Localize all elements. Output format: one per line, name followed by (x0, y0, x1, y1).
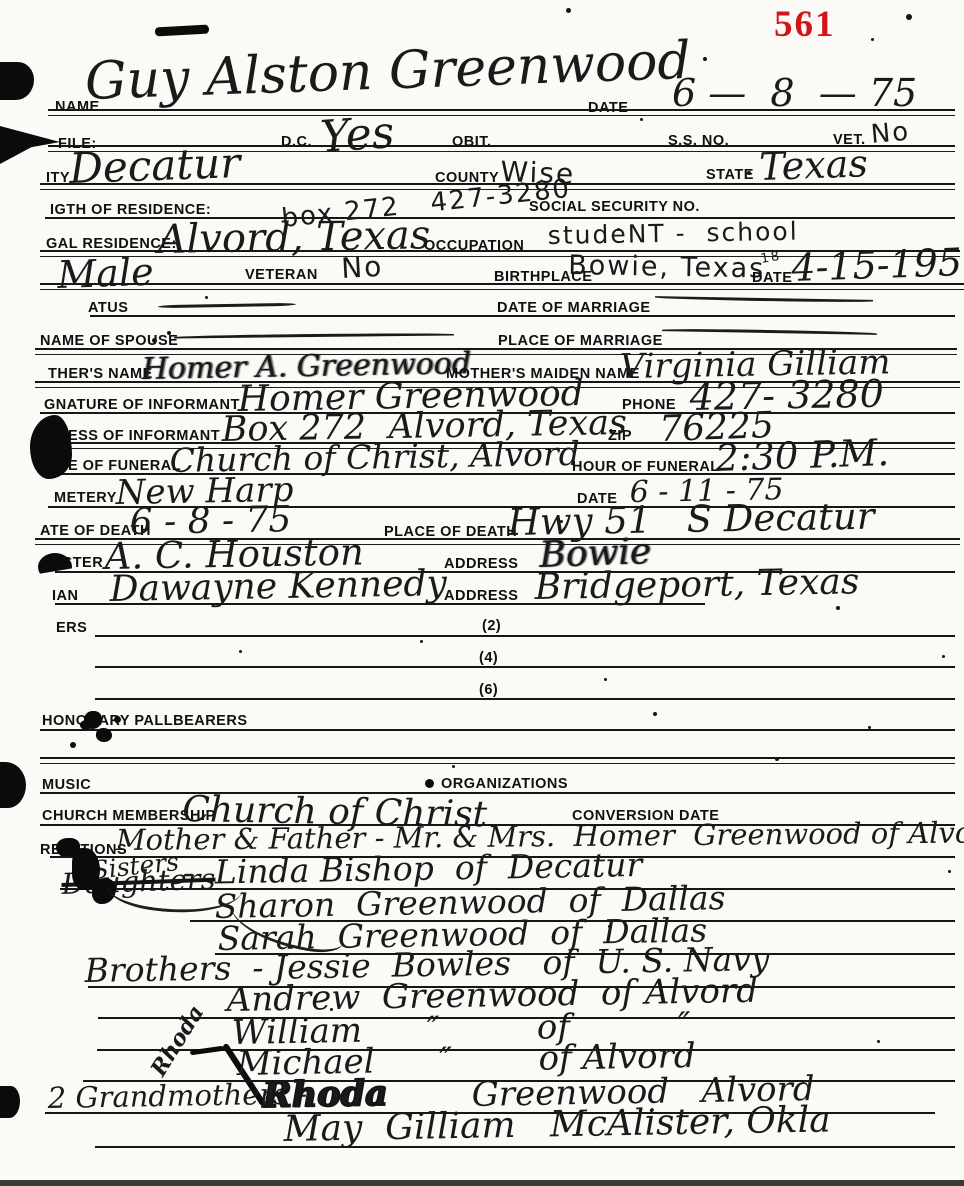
form-line (95, 1146, 955, 1148)
scan-speck (608, 925, 611, 928)
blank-dash-mark (158, 303, 296, 309)
birthdate-value: 4-15-1957 (791, 242, 964, 287)
scan-bottom-edge (0, 1180, 964, 1186)
form-line (95, 698, 955, 700)
cemetery-label: METERY (54, 490, 117, 506)
form-line (95, 635, 955, 637)
dc-value: Yes (319, 111, 396, 160)
scan-speck (906, 14, 912, 20)
form-line (40, 283, 964, 290)
scan-speck (836, 606, 840, 610)
ink-splatter (96, 728, 112, 742)
scan-speck (942, 655, 945, 658)
form-line (55, 603, 705, 605)
scan-speck (703, 57, 707, 61)
relation-line: May Gilliam McAlister, Okla (283, 1102, 831, 1148)
ink-blot (425, 779, 434, 788)
insertion-stroke-top (190, 1046, 224, 1056)
scan-speck (152, 338, 157, 343)
torn-edge-blot (0, 762, 26, 808)
blank-dash-mark (662, 328, 877, 335)
scan-speck (877, 1040, 880, 1043)
vet-value: No (870, 119, 911, 148)
musician-address-label: ADDRESS (444, 588, 518, 604)
page-number-stamp: 561 (774, 3, 836, 46)
musician-label: IAN (52, 588, 78, 604)
scan-speck (604, 678, 607, 681)
scan-speck (653, 712, 657, 716)
singers-6-label: (6) (479, 682, 498, 698)
form-line (90, 315, 955, 317)
scan-speck (420, 640, 423, 643)
singers-label: ERS (56, 620, 87, 636)
occupation-value: studeNT - school (548, 219, 799, 248)
date-of-marriage-label: DATE OF MARRIAGE (497, 300, 651, 316)
fathers-name-label: THER'S NAME (48, 366, 153, 382)
hour-of-funeral-value: 2:30 P.M. (715, 434, 890, 477)
birthplace-value: Bowie, Texas (568, 252, 765, 282)
singers-4-label: (4) (479, 650, 498, 666)
scan-speck (330, 1008, 333, 1011)
birthdate-note: 18 (760, 250, 782, 266)
scan-speck (871, 38, 874, 41)
form-line (40, 729, 955, 731)
ink-dash-mark (155, 25, 209, 37)
rhoda-annotation: Rhoda (147, 1002, 207, 1080)
scan-speck (167, 331, 171, 335)
signature-of-informant-label: GNATURE OF INFORMANT (44, 397, 240, 413)
scan-speck (775, 757, 779, 761)
music-label: MUSIC (42, 777, 91, 793)
scan-speck (566, 8, 571, 13)
minister-address-label: ADDRESS (444, 556, 518, 572)
torn-edge-blot (0, 1086, 20, 1118)
honorary-pallbearers-label: HONORARY PALLBEARERS (42, 713, 248, 729)
musician-value: Dawayne Kennedy (109, 566, 447, 608)
scan-speck (452, 765, 455, 768)
torn-edge-blot (38, 553, 72, 581)
organizations-label: ORGANIZATIONS (441, 776, 568, 792)
form-line (48, 109, 955, 116)
form-line (40, 757, 955, 764)
blank-dash-mark (174, 333, 454, 339)
form-line (95, 666, 955, 668)
ink-splatter (80, 720, 92, 730)
ink-splatter (70, 742, 76, 748)
scan-speck (239, 650, 242, 653)
musician-address-value: Bridgeport, Texas (534, 564, 859, 606)
veteran-value: No (341, 253, 384, 283)
form-line (40, 792, 955, 794)
status-label: ATUS (88, 300, 128, 316)
torn-edge-blot (30, 415, 72, 479)
state-value: Texas (759, 144, 869, 186)
scan-speck (560, 520, 563, 523)
name-of-spouse-label: NAME OF SPOUSE (40, 333, 178, 349)
name-value: Guy Alston Greenwood (84, 35, 691, 108)
scan-speck (205, 296, 208, 299)
scanned-funeral-record-card: 561 NAME Guy Alston Greenwood DATE 6 — 8… (0, 0, 964, 1186)
date-value: 6 — 8 — 75 (672, 74, 917, 112)
blank-dash-mark (655, 296, 873, 303)
scan-speck (948, 870, 951, 873)
torn-edge-blot (0, 62, 34, 100)
ink-splatter (114, 716, 121, 723)
scan-speck (617, 228, 620, 231)
singers-2-label: (2) (482, 618, 501, 634)
scan-speck (747, 171, 751, 175)
scan-speck (868, 726, 871, 729)
veteran-label: VETERAN (245, 267, 318, 283)
scan-speck (640, 118, 643, 121)
state-label: STATE (706, 167, 754, 183)
